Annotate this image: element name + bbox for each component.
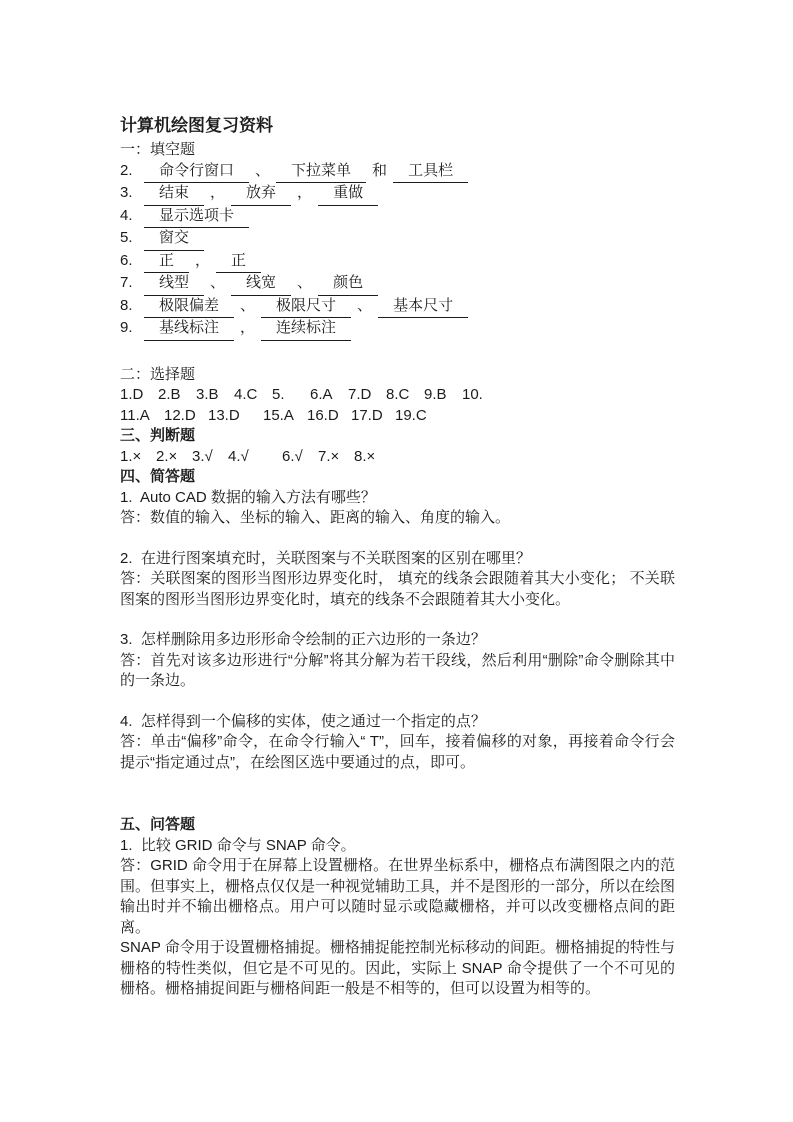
item-number: 6. <box>120 251 144 272</box>
choice-answer: 11.A <box>120 406 164 427</box>
separator: ， <box>189 251 216 272</box>
essay-answer-paragraph-2: SNAP 命令用于设置栅格捕捉。栅格捕捉能控制光标移动的间距。栅格捕捉的特性与栅… <box>120 938 675 1000</box>
fill-in-item: 5.窗交 <box>120 228 675 251</box>
true-false-answers: 1.×2.×3.√4.√6.√7.×8.× <box>120 447 675 468</box>
blank-answer: 放弃 <box>231 183 291 206</box>
short-answer-list: 1. Auto CAD 数据的输入方法有哪些？答：数值的输入、坐标的输入、距离的… <box>120 488 675 774</box>
choice-answer: 4.C <box>234 385 272 406</box>
blank-answer: 线型 <box>144 273 204 296</box>
blank-answer: 窗交 <box>144 228 204 251</box>
fill-in-items: 2.命令行窗口、下拉菜单和工具栏3.结束，放弃，重做4.显示选项卡5.窗交6.正… <box>120 161 675 341</box>
fill-in-item: 2.命令行窗口、下拉菜单和工具栏 <box>120 161 675 184</box>
answer-text: 答：关联图案的图形当图形边界变化时， 填充的线条会跟随着其大小变化； 不关联图案… <box>120 569 675 610</box>
item-number: 5. <box>120 228 144 249</box>
document-page: 计算机绘图复习资料 一：填空题 2.命令行窗口、下拉菜单和工具栏3.结束，放弃，… <box>0 0 793 1122</box>
section-heading-true-false: 三、判断题 <box>120 426 675 447</box>
choice-answer: 9.B <box>424 385 462 406</box>
true-false-answer: 7.× <box>318 447 354 468</box>
choice-answer: 2.B <box>158 385 196 406</box>
blank-answer: 颜色 <box>318 273 378 296</box>
item-number: 7. <box>120 273 144 294</box>
choice-answer: 12.D <box>164 406 208 427</box>
blank-answer: 基线标注 <box>144 318 234 341</box>
separator: ， <box>291 183 318 204</box>
item-number: 8. <box>120 296 144 317</box>
blank-answer: 极限偏差 <box>144 296 234 319</box>
blank-answer: 正 <box>216 251 261 274</box>
separator: 、 <box>249 161 276 182</box>
choice-answers-line-2: 11.A12.D13.D15.A16.D17.D19.C <box>120 406 675 427</box>
section-heading-essay: 五、问答题 <box>120 815 675 836</box>
question-text: 3. 怎样删除用多边形形命令绘制的正六边形的一条边？ <box>120 630 675 651</box>
blank-answer: 基本尺寸 <box>378 296 468 319</box>
qa-block: 2. 在进行图案填充时，关联图案与不关联图案的区别在哪里？答：关联图案的图形当图… <box>120 549 675 611</box>
choice-answer: 3.B <box>196 385 234 406</box>
fill-in-item: 6.正，正 <box>120 251 675 274</box>
choice-answer: 6.A <box>310 385 348 406</box>
fill-in-item: 3.结束，放弃，重做 <box>120 183 675 206</box>
separator: 、 <box>204 273 231 294</box>
blank-answer: 结束 <box>144 183 204 206</box>
blank-answer: 连续标注 <box>261 318 351 341</box>
choice-answer: 1.D <box>120 385 158 406</box>
qa-block: 1. Auto CAD 数据的输入方法有哪些？答：数值的输入、坐标的输入、距离的… <box>120 488 675 529</box>
fill-in-item: 4.显示选项卡 <box>120 206 675 229</box>
choice-answer: 19.C <box>395 406 439 427</box>
question-text: 1. Auto CAD 数据的输入方法有哪些？ <box>120 488 675 509</box>
answer-text: 答：首先对该多边形进行“分解”将其分解为若干段线，然后利用“删除”命令删除其中的… <box>120 651 675 692</box>
blank-answer: 工具栏 <box>393 161 468 184</box>
answer-text: 答：数值的输入、坐标的输入、距离的输入、角度的输入。 <box>120 508 675 529</box>
blank-answer: 正 <box>144 251 189 274</box>
blank-answer: 线宽 <box>231 273 291 296</box>
question-text: 4. 怎样得到一个偏移的实体，使之通过一个指定的点？ <box>120 712 675 733</box>
choice-answer: 10. <box>462 385 500 406</box>
essay-answer-paragraph-1: 答：GRID 命令用于在屏幕上设置栅格。在世界坐标系中，栅格点布满图限之内的范围… <box>120 856 675 938</box>
true-false-answer: 4.√ <box>228 447 264 468</box>
essay-question: 1. 比较 GRID 命令与 SNAP 命令。 <box>120 836 675 857</box>
fill-in-item: 9.基线标注，连续标注 <box>120 318 675 341</box>
item-number: 3. <box>120 183 144 204</box>
blank-answer: 显示选项卡 <box>144 206 249 229</box>
blank-answer: 重做 <box>318 183 378 206</box>
choice-answer: 15.A <box>263 406 307 427</box>
answer-text: 答：单击“偏移”命令，在命令行输入“ T”，回车，接着偏移的对象，再接着命令行会… <box>120 732 675 773</box>
separator: ， <box>204 183 231 204</box>
item-number: 2. <box>120 161 144 182</box>
section-heading-fill-in: 一：填空题 <box>120 140 675 161</box>
section-heading-multiple-choice: 二：选择题 <box>120 365 675 386</box>
blank-answer: 命令行窗口 <box>144 161 249 184</box>
true-false-answer: 1.× <box>120 447 156 468</box>
blank-answer: 极限尺寸 <box>261 296 351 319</box>
choice-answer: 5. <box>272 385 310 406</box>
true-false-answer: 3.√ <box>192 447 228 468</box>
section-heading-short-answer: 四、简答题 <box>120 467 675 488</box>
qa-block: 4. 怎样得到一个偏移的实体，使之通过一个指定的点？答：单击“偏移”命令，在命令… <box>120 712 675 774</box>
choice-answers-line-1: 1.D2.B3.B4.C5.6.A7.D8.C9.B10. <box>120 385 675 406</box>
item-number: 4. <box>120 206 144 227</box>
separator: 、 <box>291 273 318 294</box>
separator: 、 <box>351 296 378 317</box>
item-number: 9. <box>120 318 144 339</box>
choice-answer: 8.C <box>386 385 424 406</box>
page-title: 计算机绘图复习资料 <box>120 115 675 136</box>
separator: 、 <box>234 296 261 317</box>
separator: ， <box>234 318 261 339</box>
choice-answer: 13.D <box>208 406 252 427</box>
choice-answer: 16.D <box>307 406 351 427</box>
fill-in-item: 7.线型、线宽、颜色 <box>120 273 675 296</box>
qa-block: 3. 怎样删除用多边形形命令绘制的正六边形的一条边？答：首先对该多边形进行“分解… <box>120 630 675 692</box>
question-text: 2. 在进行图案填充时，关联图案与不关联图案的区别在哪里？ <box>120 549 675 570</box>
true-false-answer: 2.× <box>156 447 192 468</box>
separator: 和 <box>366 161 393 182</box>
section-essay: 五、问答题 1. 比较 GRID 命令与 SNAP 命令。 答：GRID 命令用… <box>120 815 675 1000</box>
fill-in-item: 8.极限偏差、极限尺寸、基本尺寸 <box>120 296 675 319</box>
blank-answer: 下拉菜单 <box>276 161 366 184</box>
true-false-answer: 8.× <box>354 447 390 468</box>
choice-answer: 7.D <box>348 385 386 406</box>
true-false-answer: 6.√ <box>282 447 318 468</box>
choice-answer: 17.D <box>351 406 395 427</box>
